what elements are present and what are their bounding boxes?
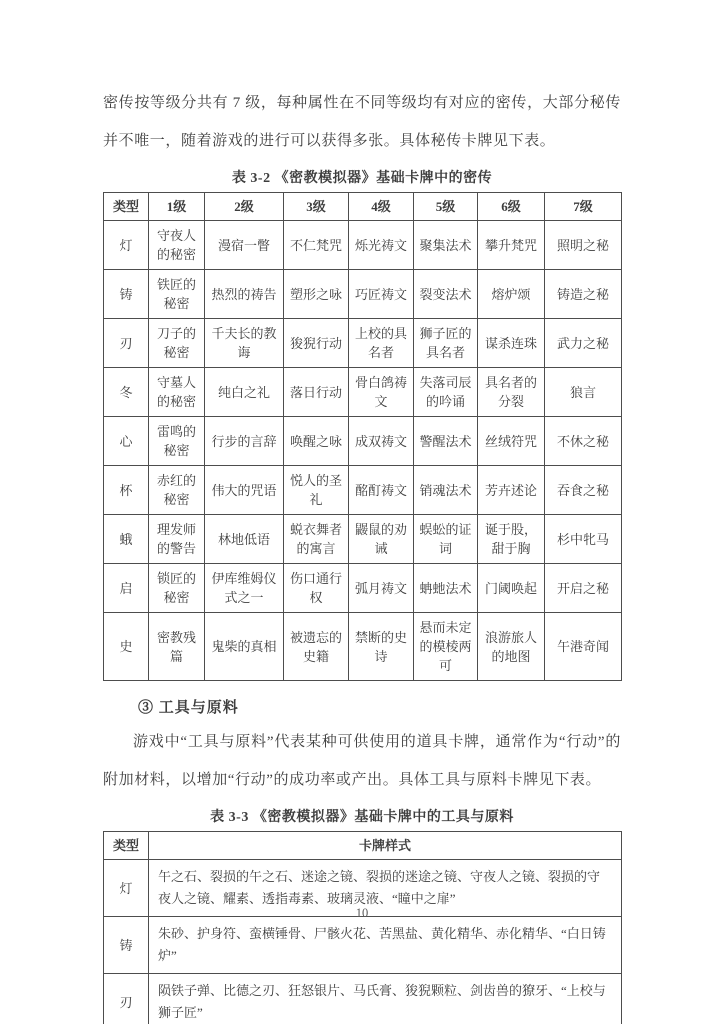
column-header: 3级 xyxy=(284,193,349,221)
table-row: 冬守墓人的秘密纯白之礼落日行动骨白鸽祷文失落司辰的吟诵具名者的分裂狼言 xyxy=(104,368,622,417)
table-cell: 酩酊祷文 xyxy=(349,466,414,515)
page-number: 10 xyxy=(0,906,724,921)
table-cell: 铸造之秘 xyxy=(545,270,622,319)
table-cell: 销魂法术 xyxy=(414,466,478,515)
table-cell: 守夜人的秘密 xyxy=(149,221,205,270)
table-cell: 悦人的圣礼 xyxy=(284,466,349,515)
table-lore-caption: 表 3-2 《密教模拟器》基础卡牌中的密传 xyxy=(103,167,621,187)
table-cell: 狼言 xyxy=(545,368,622,417)
table-cell: 攀升梵咒 xyxy=(478,221,545,270)
table-cell: 塑形之咏 xyxy=(284,270,349,319)
table-cell: 不仁梵咒 xyxy=(284,221,349,270)
table-cell: 鼹鼠的劝诫 xyxy=(349,515,414,564)
table-row: 蛾理发师的警告林地低语蜕衣舞者的寓言鼹鼠的劝诫蜈蚣的证词诞于股，甜于胸杉中牝马 xyxy=(104,515,622,564)
table-cell: 伟大的咒语 xyxy=(205,466,284,515)
table-cell: 骨白鸽祷文 xyxy=(349,368,414,417)
table-cell: 赤红的秘密 xyxy=(149,466,205,515)
table-cell: 警醒法术 xyxy=(414,417,478,466)
table-cell: 照明之秘 xyxy=(545,221,622,270)
table-cell: 纯白之礼 xyxy=(205,368,284,417)
table-cell: 成双祷文 xyxy=(349,417,414,466)
table-cell: 失落司辰的吟诵 xyxy=(414,368,478,417)
row-type-cell: 杯 xyxy=(104,466,149,515)
table-row: 启锁匠的秘密伊库维姆仪式之一伤口通行权弧月祷文蚺虵法术门阈唤起开启之秘 xyxy=(104,564,622,613)
table-cell: 谋杀连珠 xyxy=(478,319,545,368)
table-cell: 蚺虵法术 xyxy=(414,564,478,613)
table-cell: 芳卉述论 xyxy=(478,466,545,515)
table-cell: 密教残篇 xyxy=(149,613,205,681)
table-cell: 伊库维姆仪式之一 xyxy=(205,564,284,613)
lore-table-body: 灯守夜人的秘密漫宿一瞥不仁梵咒烁光祷文聚集法术攀升梵咒照明之秘铸铁匠的秘密热烈的… xyxy=(104,221,622,681)
table-row: 刃陨铁子弹、比德之刃、狂怒银片、马氏膏、狻猊颗粒、剑齿兽的獠牙、“上校与狮子匠” xyxy=(104,974,622,1024)
row-type-cell: 铸 xyxy=(104,917,149,974)
lore-table-header: 类型1级2级3级4级5级6级7级 xyxy=(104,193,622,221)
table-cell: 不休之秘 xyxy=(545,417,622,466)
table-cell: 铁匠的秘密 xyxy=(149,270,205,319)
tools-paragraph: 游戏中“工具与原料”代表某种可供使用的道具卡牌，通常作为“行动”的附加材料，以增… xyxy=(103,723,621,799)
column-header: 1级 xyxy=(149,193,205,221)
table-row: 铸朱砂、护身符、蛮横锤骨、尸骸火花、苦黑盐、黄化精华、赤化精华、“白日铸炉” xyxy=(104,917,622,974)
table-row: 杯赤红的秘密伟大的咒语悦人的圣礼酩酊祷文销魂法术芳卉述论吞食之秘 xyxy=(104,466,622,515)
table-cell: 理发师的警告 xyxy=(149,515,205,564)
table-cell: 狻猊行动 xyxy=(284,319,349,368)
table-cell: 浪游旅人的地图 xyxy=(478,613,545,681)
table-cell: 午港奇闻 xyxy=(545,613,622,681)
column-header: 7级 xyxy=(545,193,622,221)
column-header: 5级 xyxy=(414,193,478,221)
row-type-cell: 史 xyxy=(104,613,149,681)
row-type-cell: 心 xyxy=(104,417,149,466)
table-cell: 诞于股，甜于胸 xyxy=(478,515,545,564)
table-cell: 朱砂、护身符、蛮横锤骨、尸骸火花、苦黑盐、黄化精华、赤化精华、“白日铸炉” xyxy=(149,917,622,974)
table-row: 心雷鸣的秘密行步的言辞唤醒之咏成双祷文警醒法术丝绒符咒不休之秘 xyxy=(104,417,622,466)
table-cell: 聚集法术 xyxy=(414,221,478,270)
table-cell: 烁光祷文 xyxy=(349,221,414,270)
column-header: 6级 xyxy=(478,193,545,221)
table-cell: 行步的言辞 xyxy=(205,417,284,466)
table-cell: 开启之秘 xyxy=(545,564,622,613)
table-cell: 千夫长的教诲 xyxy=(205,319,284,368)
lore-table: 类型1级2级3级4级5级6级7级 灯守夜人的秘密漫宿一瞥不仁梵咒烁光祷文聚集法术… xyxy=(103,192,622,681)
table-cell: 弧月祷文 xyxy=(349,564,414,613)
row-type-cell: 蛾 xyxy=(104,515,149,564)
tools-table-header: 类型卡牌样式 xyxy=(104,832,622,860)
table-cell: 守墓人的秘密 xyxy=(149,368,205,417)
row-type-cell: 冬 xyxy=(104,368,149,417)
table-cell: 落日行动 xyxy=(284,368,349,417)
column-header: 2级 xyxy=(205,193,284,221)
row-type-cell: 刃 xyxy=(104,319,149,368)
column-header: 卡牌样式 xyxy=(149,832,622,860)
table-cell: 禁断的史诗 xyxy=(349,613,414,681)
table-row: 灯守夜人的秘密漫宿一瞥不仁梵咒烁光祷文聚集法术攀升梵咒照明之秘 xyxy=(104,221,622,270)
table-cell: 蜕衣舞者的寓言 xyxy=(284,515,349,564)
tools-table-body: 灯午之石、裂损的午之石、迷途之镜、裂损的迷途之镜、守夜人之镜、裂损的守夜人之镜、… xyxy=(104,860,622,1024)
table-cell: 漫宿一瞥 xyxy=(205,221,284,270)
table-cell: 唤醒之咏 xyxy=(284,417,349,466)
table-cell: 热烈的祷告 xyxy=(205,270,284,319)
table-cell: 刀子的秘密 xyxy=(149,319,205,368)
table-cell: 巧匠祷文 xyxy=(349,270,414,319)
header-row: 类型卡牌样式 xyxy=(104,832,622,860)
column-header: 4级 xyxy=(349,193,414,221)
intro-paragraph: 密传按等级分共有 7 级，每种属性在不同等级均有对应的密传，大部分秘传并不唯一，… xyxy=(103,84,621,160)
row-type-cell: 铸 xyxy=(104,270,149,319)
table-tools-caption: 表 3-3 《密教模拟器》基础卡牌中的工具与原料 xyxy=(103,806,621,826)
column-header: 类型 xyxy=(104,193,149,221)
table-cell: 被遗忘的史籍 xyxy=(284,613,349,681)
table-cell: 蜈蚣的证词 xyxy=(414,515,478,564)
row-type-cell: 启 xyxy=(104,564,149,613)
table-cell: 上校的具名者 xyxy=(349,319,414,368)
column-header: 类型 xyxy=(104,832,149,860)
table-cell: 鬼柴的真相 xyxy=(205,613,284,681)
section-heading: ③ 工具与原料 xyxy=(103,695,621,721)
table-cell: 武力之秘 xyxy=(545,319,622,368)
table-cell: 锁匠的秘密 xyxy=(149,564,205,613)
table-cell: 狮子匠的具名者 xyxy=(414,319,478,368)
table-cell: 林地低语 xyxy=(205,515,284,564)
table-cell: 熔炉颂 xyxy=(478,270,545,319)
table-cell: 裂变法术 xyxy=(414,270,478,319)
table-cell: 门阈唤起 xyxy=(478,564,545,613)
table-cell: 杉中牝马 xyxy=(545,515,622,564)
table-row: 铸铁匠的秘密热烈的祷告塑形之咏巧匠祷文裂变法术熔炉颂铸造之秘 xyxy=(104,270,622,319)
page-content: 密传按等级分共有 7 级，每种属性在不同等级均有对应的密传，大部分秘传并不唯一，… xyxy=(103,84,621,1024)
table-row: 刃刀子的秘密千夫长的教诲狻猊行动上校的具名者狮子匠的具名者谋杀连珠武力之秘 xyxy=(104,319,622,368)
table-cell: 伤口通行权 xyxy=(284,564,349,613)
tools-table: 类型卡牌样式 灯午之石、裂损的午之石、迷途之镜、裂损的迷途之镜、守夜人之镜、裂损… xyxy=(103,831,622,1024)
document-page: 密传按等级分共有 7 级，每种属性在不同等级均有对应的密传，大部分秘传并不唯一，… xyxy=(0,0,724,1024)
table-cell: 雷鸣的秘密 xyxy=(149,417,205,466)
table-cell: 陨铁子弹、比德之刃、狂怒银片、马氏膏、狻猊颗粒、剑齿兽的獠牙、“上校与狮子匠” xyxy=(149,974,622,1024)
table-row: 史密教残篇鬼柴的真相被遗忘的史籍禁断的史诗悬而未定的模棱两可浪游旅人的地图午港奇… xyxy=(104,613,622,681)
table-cell: 丝绒符咒 xyxy=(478,417,545,466)
table-cell: 吞食之秘 xyxy=(545,466,622,515)
header-row: 类型1级2级3级4级5级6级7级 xyxy=(104,193,622,221)
table-cell: 具名者的分裂 xyxy=(478,368,545,417)
row-type-cell: 刃 xyxy=(104,974,149,1024)
table-cell: 悬而未定的模棱两可 xyxy=(414,613,478,681)
row-type-cell: 灯 xyxy=(104,221,149,270)
